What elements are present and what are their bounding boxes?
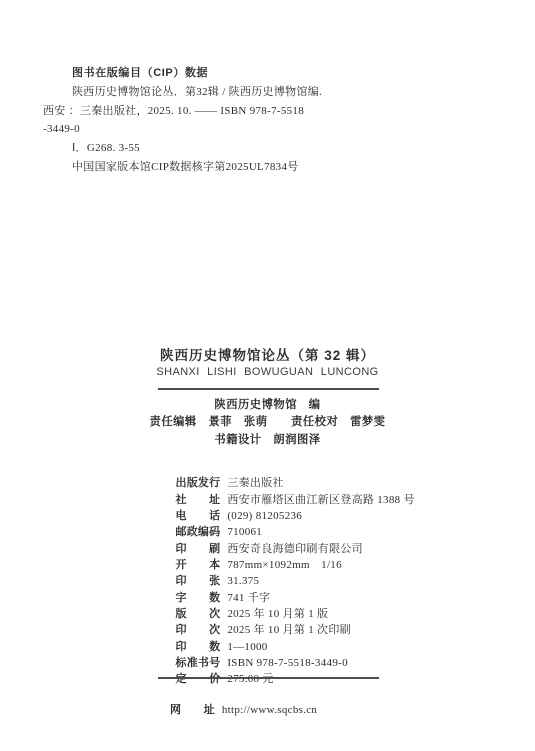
colophon-label: 网 址 — [170, 702, 215, 718]
colophon-value: (029) 81205236 — [227, 510, 302, 522]
colophon-row-website: 网 址http://www.sqcbs.cn — [159, 686, 317, 734]
cip-classification: Ⅰ．G268. 3-55 — [43, 139, 393, 158]
cip-line: -3449-0 — [43, 120, 393, 139]
colophon-value: 31.375 — [227, 575, 259, 587]
cip-block: 图书在版编目（CIP）数据 陕西历史博物馆论丛．第32辑 / 陕西历史博物馆编.… — [43, 64, 393, 177]
colophon-label: 标准书号 — [176, 655, 221, 671]
colophon-value: 741 千字 — [227, 592, 270, 604]
colophon-label: 印 数 — [176, 639, 221, 655]
colophon-value: 710061 — [227, 526, 262, 538]
colophon-value: 2025 年 10 月第 1 版 — [227, 608, 328, 620]
copyright-page: 图书在版编目（CIP）数据 陕西历史博物馆论丛．第32辑 / 陕西历史博物馆编.… — [0, 0, 535, 751]
book-title-romanized: SHANXI LISHI BOWUGUAN LUNCONG — [0, 366, 535, 378]
colophon-value: 西安奇良海德印刷有限公司 — [227, 543, 363, 555]
divider-bottom — [158, 677, 379, 679]
staff-line: 责任编辑 景菲 张萌 责任校对 雷梦雯 — [0, 414, 535, 431]
colophon-label: 印 张 — [176, 573, 221, 589]
colophon-value: 西安市雁塔区曲江新区登高路 1388 号 — [227, 494, 415, 506]
colophon-label: 印 次 — [176, 622, 221, 638]
editor-line: 陕西历史博物馆 编 — [0, 397, 535, 414]
design-line: 书籍设计 朗润图泽 — [0, 432, 535, 449]
cip-heading: 图书在版编目（CIP）数据 — [43, 64, 393, 83]
website-url: http://www.sqcbs.cn — [222, 704, 317, 716]
credits-block: 陕西历史博物馆 编 责任编辑 景菲 张萌 责任校对 雷梦雯 书籍设计 朗润图泽 — [0, 397, 535, 449]
colophon-value: ISBN 978-7-5518-3449-0 — [227, 657, 348, 669]
colophon-value: 2025 年 10 月第 1 次印刷 — [227, 624, 351, 636]
colophon-block: 出版发行三秦出版社 社 址西安市雁塔区曲江新区登高路 1388 号 电 话(02… — [159, 459, 415, 671]
colophon-value: 787mm×1092mm 1/16 — [227, 559, 342, 571]
cip-line: 西安 ：三秦出版社，2025. 10. —— ISBN 978-7-5518 — [43, 102, 393, 121]
colophon-label: 版 次 — [176, 606, 221, 622]
book-title: 陕西历史博物馆论丛（第 32 辑） — [0, 344, 535, 364]
colophon-value: 三秦出版社 — [227, 477, 284, 489]
divider-top — [158, 388, 379, 390]
cip-record-number: 中国国家版本馆CIP数据核字第2025UL7834号 — [43, 158, 393, 177]
colophon-row-publisher: 出版发行三秦出版社 — [159, 459, 415, 475]
cip-line: 陕西历史博物馆论丛．第32辑 / 陕西历史博物馆编. — [43, 83, 393, 102]
colophon-label: 邮政编码 — [176, 524, 221, 540]
colophon-label: 社 址 — [176, 492, 221, 508]
colophon-label: 开 本 — [176, 557, 221, 573]
colophon-label: 印 刷 — [176, 541, 221, 557]
colophon-value: 1—1000 — [227, 641, 267, 653]
colophon-label: 出版发行 — [176, 475, 221, 491]
colophon-value: 275.00 元 — [227, 673, 273, 685]
colophon-label: 字 数 — [176, 590, 221, 606]
colophon-label: 电 话 — [176, 508, 221, 524]
